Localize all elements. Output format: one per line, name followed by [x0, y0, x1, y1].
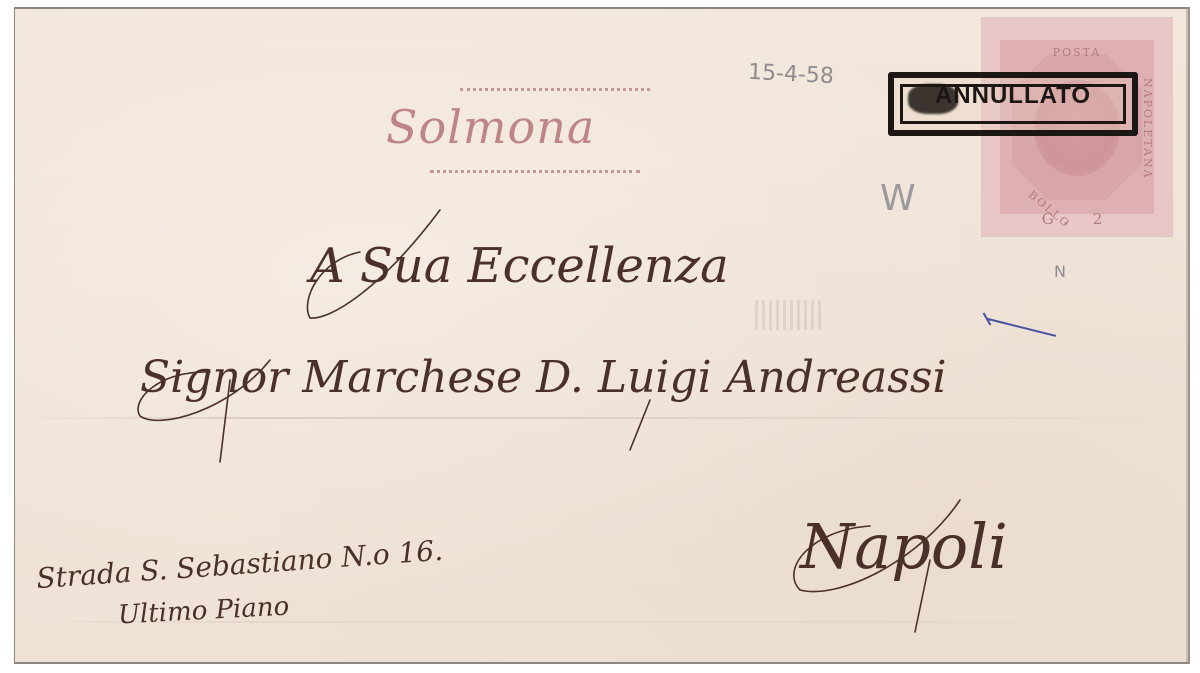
town-postmark-text: Solmona	[386, 100, 595, 154]
fold-line	[14, 417, 1188, 419]
annullato-cancel: ANNULLATO	[888, 72, 1138, 136]
ink-smudge	[908, 84, 958, 114]
address-line-1: A Sua Eccellenza	[310, 238, 729, 294]
postmark-top-rule	[460, 88, 650, 93]
stamp-text-top: POSTA	[982, 46, 1172, 59]
stamp-text-right: NAPOLETANA	[1141, 78, 1154, 218]
address-line-3: Napoli	[800, 510, 1008, 583]
pencil-date-note: 15-4-58	[747, 60, 834, 89]
address-line-2: Signor Marchese D. Luigi Andreassi	[140, 352, 947, 403]
faint-offset-marking	[755, 300, 825, 330]
pencil-mark-n: N	[1054, 262, 1066, 281]
postmark-bottom-rule	[430, 170, 640, 175]
pencil-mark-w: W	[880, 178, 916, 219]
stamp-value: G. 2	[982, 210, 1172, 228]
